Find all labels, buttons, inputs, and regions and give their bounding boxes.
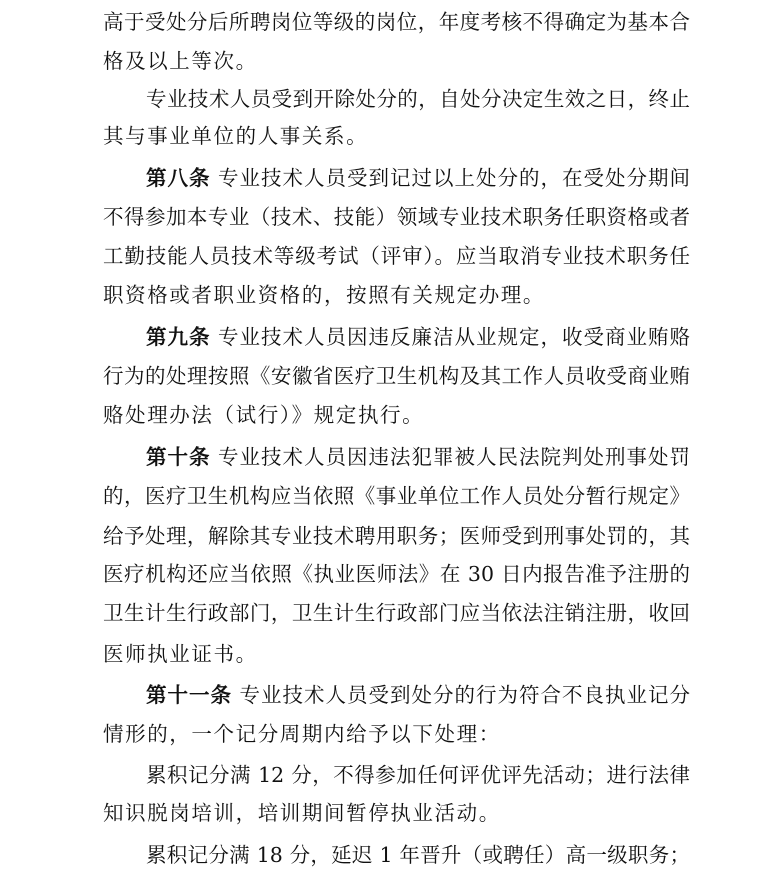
text-line: 情形的，一个记分周期内给予以下处理： <box>103 719 690 749</box>
text-line: 工勤技能人员技术等级考试（评审）。应当取消专业技术职务任 <box>103 241 690 271</box>
text-line: 知识脱岗培训，培训期间暂停执业活动。 <box>103 798 690 828</box>
text-line: 给予处理，解除其专业技术聘用职务；医师受到刑事处罚的，其 <box>103 521 690 551</box>
text-span: 专业技术人员受到处分的行为符合不良执业记分 <box>240 683 690 707</box>
article-9-first-line: 第九条 专业技术人员因违反廉洁从业规定，收受商业贿赂 <box>146 322 690 352</box>
article-11-first-line: 第十一条 专业技术人员受到处分的行为符合不良执业记分 <box>146 680 690 710</box>
document-page: 高于受处分后所聘岗位等级的岗位，年度考核不得确定为基本合 格及以上等次。 专业技… <box>0 0 783 875</box>
text-line: 赂处理办法（试行）》规定执行。 <box>103 400 690 430</box>
text-line: 卫生计生行政部门，卫生计生行政部门应当依法注销注册，收回 <box>103 598 690 628</box>
text-line: 医疗机构还应当依照《执业医师法》在 30 日内报告准予注册的 <box>103 559 690 589</box>
text-line: 格及以上等次。 <box>103 46 690 76</box>
article-heading: 第九条 <box>146 325 211 349</box>
article-heading: 第八条 <box>146 166 211 190</box>
article-10-first-line: 第十条 专业技术人员因违法犯罪被人民法院判处刑事处罚 <box>146 442 690 472</box>
text-span: 专业技术人员因违反廉洁从业规定，收受商业贿赂 <box>218 325 690 349</box>
text-line: 其与事业单位的人事关系。 <box>103 121 690 151</box>
article-heading: 第十条 <box>146 445 211 469</box>
article-8-first-line: 第八条 专业技术人员受到记过以上处分的，在受处分期间 <box>146 163 690 193</box>
text-span: 专业技术人员因违法犯罪被人民法院判处刑事处罚 <box>218 445 690 469</box>
text-span: 专业技术人员受到记过以上处分的，在受处分期间 <box>218 166 690 190</box>
text-line: 医师执业证书。 <box>103 639 690 669</box>
text-line: 的，医疗卫生机构应当依照《事业单位工作人员处分暂行规定》 <box>103 481 690 511</box>
text-line: 累积记分满 18 分，延迟 1 年晋升（或聘任）高一级职务； <box>146 840 690 870</box>
text-line: 累积记分满 12 分，不得参加任何评优评先活动；进行法律 <box>146 760 690 790</box>
article-heading: 第十一条 <box>146 683 232 707</box>
text-line: 职资格或者职业资格的，按照有关规定办理。 <box>103 280 690 310</box>
text-line: 行为的处理按照《安徽省医疗卫生机构及其工作人员收受商业贿 <box>103 361 690 391</box>
text-line: 专业技术人员受到开除处分的，自处分决定生效之日，终止 <box>146 84 690 114</box>
text-line: 高于受处分后所聘岗位等级的岗位，年度考核不得确定为基本合 <box>103 7 690 37</box>
text-line: 不得参加本专业（技术、技能）领域专业技术职务任职资格或者 <box>103 202 690 232</box>
